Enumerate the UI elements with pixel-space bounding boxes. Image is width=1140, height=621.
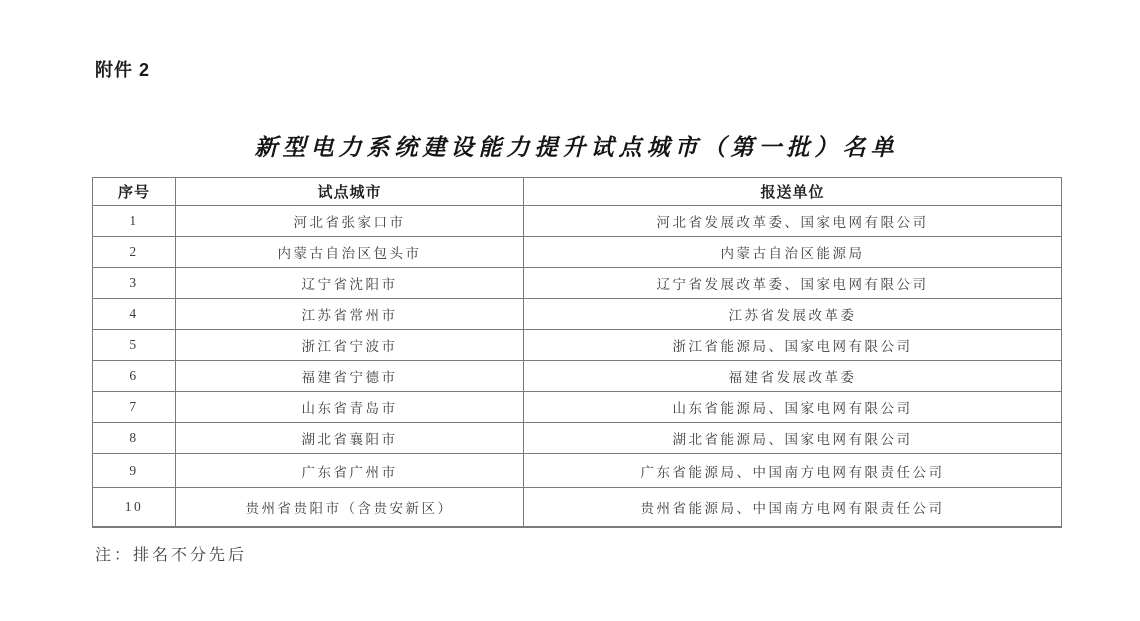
cell-pilot-city: 江苏省常州市 xyxy=(176,299,524,330)
cell-reporting-unit: 福建省发展改革委 xyxy=(524,361,1062,392)
table-row: 3 辽宁省沈阳市 辽宁省发展改革委、国家电网有限公司 xyxy=(93,268,1062,299)
table-row: 2 内蒙古自治区包头市 内蒙古自治区能源局 xyxy=(93,237,1062,268)
cell-pilot-city: 湖北省襄阳市 xyxy=(176,423,524,454)
cell-number: 2 xyxy=(93,237,176,268)
table-row: 6 福建省宁德市 福建省发展改革委 xyxy=(93,361,1062,392)
footnote: 注：排名不分先后 xyxy=(95,542,247,565)
table-row: 8 湖北省襄阳市 湖北省能源局、国家电网有限公司 xyxy=(93,423,1062,454)
column-header-number: 序号 xyxy=(93,178,176,206)
cell-reporting-unit: 山东省能源局、国家电网有限公司 xyxy=(524,392,1062,423)
cell-number: 8 xyxy=(93,423,176,454)
cell-number: 1 xyxy=(93,206,176,237)
cell-pilot-city: 福建省宁德市 xyxy=(176,361,524,392)
cell-pilot-city: 河北省张家口市 xyxy=(176,206,524,237)
cell-pilot-city: 辽宁省沈阳市 xyxy=(176,268,524,299)
cell-reporting-unit: 贵州省能源局、中国南方电网有限责任公司 xyxy=(524,488,1062,527)
cell-pilot-city: 广东省广州市 xyxy=(176,454,524,488)
table-row: 1 河北省张家口市 河北省发展改革委、国家电网有限公司 xyxy=(93,206,1062,237)
cell-pilot-city: 贵州省贵阳市（含贵安新区） xyxy=(176,488,524,527)
cell-pilot-city: 内蒙古自治区包头市 xyxy=(176,237,524,268)
document-title: 新型电力系统建设能力提升试点城市（第一批）名单 xyxy=(92,129,1061,162)
document-page: { "page": { "attachment_label": "附件 2", … xyxy=(0,0,1140,621)
cell-number: 9 xyxy=(93,454,176,488)
cell-number: 6 xyxy=(93,361,176,392)
cell-reporting-unit: 江苏省发展改革委 xyxy=(524,299,1062,330)
cell-pilot-city: 浙江省宁波市 xyxy=(176,330,524,361)
cell-number: 4 xyxy=(93,299,176,330)
cell-reporting-unit: 辽宁省发展改革委、国家电网有限公司 xyxy=(524,268,1062,299)
cell-number: 5 xyxy=(93,330,176,361)
pilot-cities-table: 序号 试点城市 报送单位 1 河北省张家口市 河北省发展改革委、国家电网有限公司… xyxy=(92,177,1062,528)
table-header-row: 序号 试点城市 报送单位 xyxy=(93,178,1062,206)
cell-reporting-unit: 广东省能源局、中国南方电网有限责任公司 xyxy=(524,454,1062,488)
cell-reporting-unit: 内蒙古自治区能源局 xyxy=(524,237,1062,268)
cell-number: 10 xyxy=(93,488,176,527)
table-row: 7 山东省青岛市 山东省能源局、国家电网有限公司 xyxy=(93,392,1062,423)
column-header-city: 试点城市 xyxy=(176,178,524,206)
column-header-unit: 报送单位 xyxy=(524,178,1062,206)
table-row: 10 贵州省贵阳市（含贵安新区） 贵州省能源局、中国南方电网有限责任公司 xyxy=(93,488,1062,527)
cell-reporting-unit: 河北省发展改革委、国家电网有限公司 xyxy=(524,206,1062,237)
table-body: 1 河北省张家口市 河北省发展改革委、国家电网有限公司 2 内蒙古自治区包头市 … xyxy=(93,206,1062,527)
table-row: 4 江苏省常州市 江苏省发展改革委 xyxy=(93,299,1062,330)
cell-number: 3 xyxy=(93,268,176,299)
table-row: 9 广东省广州市 广东省能源局、中国南方电网有限责任公司 xyxy=(93,454,1062,488)
table-row: 5 浙江省宁波市 浙江省能源局、国家电网有限公司 xyxy=(93,330,1062,361)
cell-reporting-unit: 浙江省能源局、国家电网有限公司 xyxy=(524,330,1062,361)
cell-pilot-city: 山东省青岛市 xyxy=(176,392,524,423)
cell-reporting-unit: 湖北省能源局、国家电网有限公司 xyxy=(524,423,1062,454)
attachment-label: 附件 2 xyxy=(95,56,150,82)
cell-number: 7 xyxy=(93,392,176,423)
